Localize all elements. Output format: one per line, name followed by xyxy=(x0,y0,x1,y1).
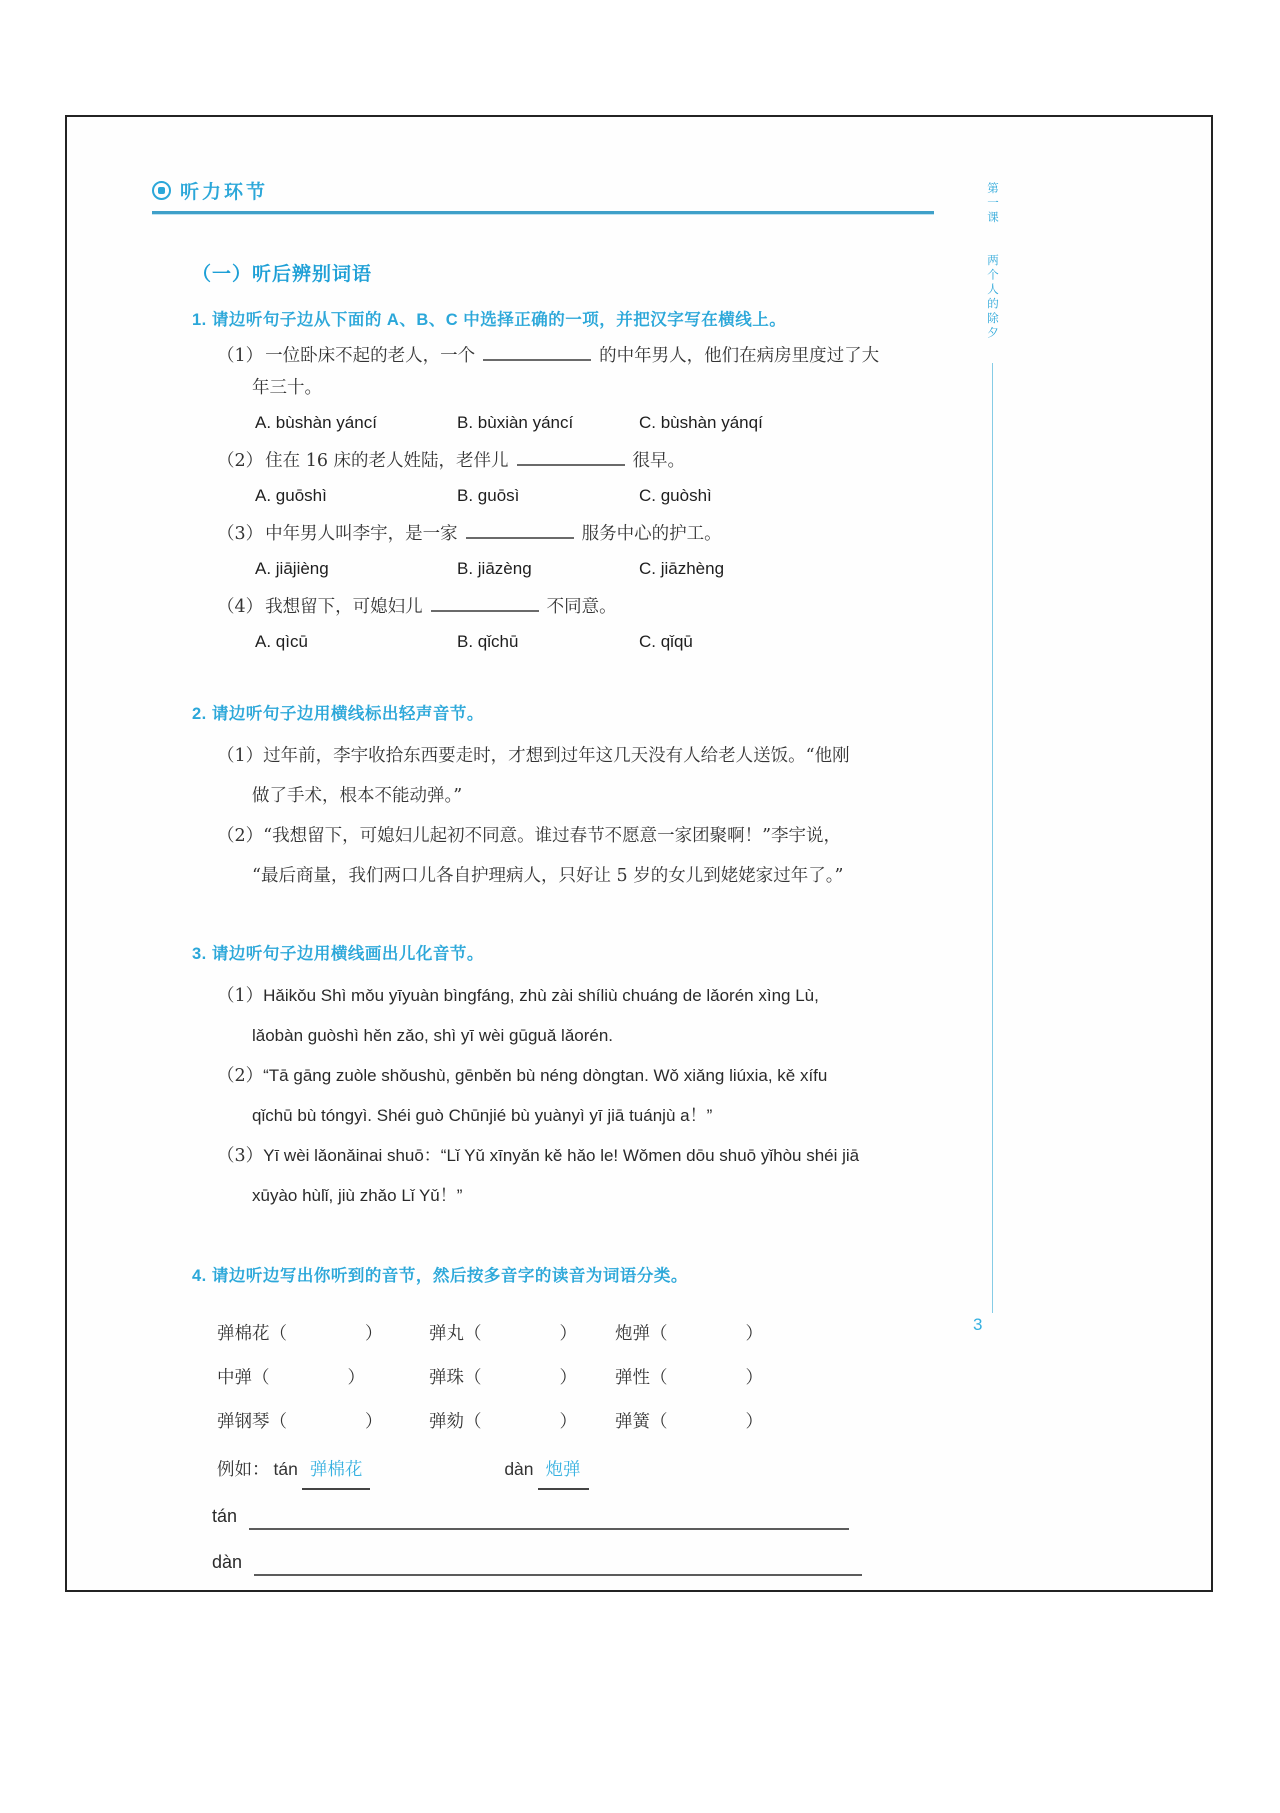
q3-instruction: 3. 请边听句子边用横线画出儿化音节。 xyxy=(192,940,1032,964)
tan-category: tán xyxy=(212,1496,1032,1536)
word-grid: 弹棉花（） 弹丸（） 炮弹（） 中弹（） 弹珠（） 弹性（） 弹钢琴（） 弹劾（… xyxy=(217,1312,1032,1444)
word-cell: 弹劾（） xyxy=(429,1400,615,1444)
q1-item: （3）中年男人叫李宇，是一家服务中心的护工。 A. jiājièng B. ji… xyxy=(192,518,1032,585)
part-one-title: （一）听后辨别词语 xyxy=(192,259,1032,286)
listening-icon xyxy=(152,181,171,200)
lesson-name: 两个人的除夕 xyxy=(985,254,999,341)
paren-close: ） xyxy=(560,1356,578,1400)
q1-instruction: 1. 请边听句子边从下面的 A、B、C 中选择正确的一项，并把汉字写在横线上。 xyxy=(192,306,1032,330)
item-text: 年三十。 xyxy=(217,372,1032,404)
pinyin-line: Hǎikǒu Shì mǒu yīyuàn bìngfáng, zhù zài … xyxy=(263,986,819,1005)
word-label: 弹性 xyxy=(615,1356,650,1400)
item-number: （3） xyxy=(217,524,263,544)
option-b: B. jiāzèng xyxy=(457,553,639,585)
tan-answer-line[interactable] xyxy=(249,1528,849,1530)
option-b: B. qǐchū xyxy=(457,626,639,658)
option-c: C. qǐqū xyxy=(639,626,693,658)
item-number: （4） xyxy=(217,597,263,617)
example-answer-tan: 弹棉花 xyxy=(302,1453,371,1490)
item-number: （2） xyxy=(217,826,263,846)
word-label: 弹珠 xyxy=(429,1356,464,1400)
word-cell: 弹簧（） xyxy=(615,1400,801,1444)
item-text: 我想留下，可媳妇儿 xyxy=(265,597,423,617)
option-c: C. guòshì xyxy=(639,480,712,512)
word-label: 中弹 xyxy=(217,1356,252,1400)
paren-open: （ xyxy=(464,1356,482,1400)
item-number: （2） xyxy=(217,1066,263,1086)
paren-open: （ xyxy=(650,1400,668,1444)
item-number: （1） xyxy=(217,346,263,366)
option-a: A. guōshì xyxy=(255,480,457,512)
pinyin-item: （1）Hǎikǒu Shì mǒu yīyuàn bìngfáng, zhù z… xyxy=(217,976,1032,1056)
word-label: 弹劾 xyxy=(429,1400,464,1444)
item-text: 中年男人叫李宇，是一家 xyxy=(265,524,458,544)
answer-blank[interactable] xyxy=(483,345,591,361)
item-text: 一位卧床不起的老人，一个 xyxy=(265,346,475,366)
option-b: B. bùxiàn yáncí xyxy=(457,407,639,439)
paren-close: ） xyxy=(560,1312,578,1356)
word-cell: 弹棉花（） xyxy=(217,1312,429,1356)
item-text: 很早。 xyxy=(633,451,686,471)
paren-open: （ xyxy=(270,1400,288,1444)
sentence-line: 做了手术，根本不能动弹。” xyxy=(217,776,1032,816)
item-number: （3） xyxy=(217,1146,263,1166)
pinyin-line: qǐchū bù tóngyì. Shéi guò Chūnjié bù yuà… xyxy=(217,1096,1032,1136)
word-cell: 炮弹（） xyxy=(615,1312,801,1356)
paren-close: ） xyxy=(746,1312,764,1356)
paren-open: （ xyxy=(252,1356,270,1400)
item-text: 住在 16 床的老人姓陆，老伴儿 xyxy=(265,451,508,471)
word-cell: 中弹（） xyxy=(217,1356,429,1400)
tan-category-label: tán xyxy=(212,1496,237,1536)
sentence-line: “最后商量，我们两口儿各自护理病人，只好让 5 岁的女儿到姥姥家过年了。” xyxy=(217,856,1032,896)
pinyin-line: “Tā gāng zuòle shǒushù, gēnběn bù néng d… xyxy=(263,1066,827,1085)
paren-close: ） xyxy=(365,1400,383,1444)
q1-items: （1）一位卧床不起的老人，一个的中年男人，他们在病房里度过了大 年三十。 A. … xyxy=(192,340,1032,658)
word-grid-row: 弹钢琴（） 弹劾（） 弹簧（） xyxy=(217,1400,1032,1444)
pinyin-line: xūyào hùlǐ, jiù zhǎo Lǐ Yǔ！” xyxy=(217,1176,1032,1216)
word-grid-row: 中弹（） 弹珠（） 弹性（） xyxy=(217,1356,1032,1400)
paren-close: ） xyxy=(560,1400,578,1444)
item-number: （1） xyxy=(217,746,263,766)
paren-close: ） xyxy=(348,1356,366,1400)
q2-instruction: 2. 请边听句子边用横线标出轻声音节。 xyxy=(192,700,1032,724)
answer-blank[interactable] xyxy=(431,596,539,612)
paren-open: （ xyxy=(464,1400,482,1444)
pinyin-line: Yī wèi lǎonǎinai shuō：“Lǐ Yǔ xīnyǎn kě h… xyxy=(263,1146,859,1165)
sentence-item: （1）过年前，李宇收拾东西要走时，才想到过年这几天没有人给老人送饭。“他刚 做了… xyxy=(217,736,1032,816)
item-text: 的中年男人，他们在病房里度过了大 xyxy=(599,346,879,366)
page-number: 3 xyxy=(973,1315,982,1335)
paren-open: （ xyxy=(464,1312,482,1356)
option-a: A. jiājièng xyxy=(255,553,457,585)
sentence-item: （2）“我想留下，可媳妇儿起初不同意。谁过春节不愿意一家团聚啊！”李宇说， “最… xyxy=(217,816,1032,896)
q1-item: （4）我想留下，可媳妇儿不同意。 A. qìcū B. qǐchū C. qǐq… xyxy=(192,591,1032,658)
pinyin-item: （3）Yī wèi lǎonǎinai shuō：“Lǐ Yǔ xīnyǎn k… xyxy=(217,1136,1032,1216)
lesson-tab: 第一课 两个人的除夕 xyxy=(985,182,999,341)
paren-open: （ xyxy=(650,1312,668,1356)
answer-blank[interactable] xyxy=(466,523,574,539)
example-pinyin-tan: tán xyxy=(274,1452,298,1486)
q4-instruction: 4. 请边听边写出你听到的音节，然后按多音字的读音为词语分类。 xyxy=(192,1262,1032,1286)
word-label: 弹丸 xyxy=(429,1312,464,1356)
paren-open: （ xyxy=(650,1356,668,1400)
header-divider xyxy=(152,211,934,215)
item-text: 不同意。 xyxy=(547,597,617,617)
sentence-line: “我想留下，可媳妇儿起初不同意。谁过春节不愿意一家团聚啊！”李宇说， xyxy=(263,826,841,846)
pinyin-item: （2）“Tā gāng zuòle shǒushù, gēnběn bù nén… xyxy=(217,1056,1032,1136)
paren-close: ） xyxy=(365,1312,383,1356)
word-label: 弹棉花 xyxy=(217,1312,270,1356)
lesson-number: 第一课 xyxy=(986,182,998,226)
sentence-line: 过年前，李宇收拾东西要走时，才想到过年这几天没有人给老人送饭。“他刚 xyxy=(263,746,849,766)
paren-close: ） xyxy=(746,1400,764,1444)
q3-items: （1）Hǎikǒu Shì mǒu yīyuàn bìngfáng, zhù z… xyxy=(192,976,1032,1216)
pinyin-line: lǎobàn guòshì hěn zǎo, shì yī wèi gūguǎ … xyxy=(217,1016,1032,1056)
dan-category: dàn xyxy=(212,1542,1032,1582)
paren-open: （ xyxy=(270,1312,288,1356)
word-grid-row: 弹棉花（） 弹丸（） 炮弹（） xyxy=(217,1312,1032,1356)
option-c: C. jiāzhèng xyxy=(639,553,724,585)
item-number: （2） xyxy=(217,451,263,471)
q2-items: （1）过年前，李宇收拾东西要走时，才想到过年这几天没有人给老人送饭。“他刚 做了… xyxy=(192,736,1032,896)
word-label: 弹钢琴 xyxy=(217,1400,270,1444)
example-label: 例如： xyxy=(217,1453,270,1487)
section-header-title: 听力环节 xyxy=(180,177,268,204)
example-pinyin-dan: dàn xyxy=(504,1452,533,1486)
paren-close: ） xyxy=(746,1356,764,1400)
word-label: 炮弹 xyxy=(615,1312,650,1356)
word-cell: 弹珠（） xyxy=(429,1356,615,1400)
answer-blank[interactable] xyxy=(517,450,625,466)
option-c: C. bùshàn yánqí xyxy=(639,407,763,439)
example-line: 例如： tán 弹棉花 dàn 炮弹 xyxy=(217,1452,1032,1490)
option-a: A. qìcū xyxy=(255,626,457,658)
item-text: 服务中心的护工。 xyxy=(582,524,722,544)
word-cell: 弹性（） xyxy=(615,1356,801,1400)
q1-item: （1）一位卧床不起的老人，一个的中年男人，他们在病房里度过了大 年三十。 A. … xyxy=(192,340,1032,439)
workbook-page: 听力环节 （一）听后辨别词语 1. 请边听句子边从下面的 A、B、C 中选择正确… xyxy=(65,115,1213,1592)
option-b: B. guōsì xyxy=(457,480,639,512)
section-header: 听力环节 xyxy=(67,117,1211,204)
option-a: A. bùshàn yáncí xyxy=(255,407,457,439)
word-cell: 弹丸（） xyxy=(429,1312,615,1356)
dan-category-label: dàn xyxy=(212,1542,242,1582)
example-answer-dan: 炮弹 xyxy=(538,1453,589,1490)
sidebar-divider-line xyxy=(992,363,993,1313)
dan-answer-line[interactable] xyxy=(254,1574,862,1576)
q1-item: （2）住在 16 床的老人姓陆，老伴儿很早。 A. guōshì B. guōs… xyxy=(192,445,1032,512)
item-number: （1） xyxy=(217,986,263,1006)
word-cell: 弹钢琴（） xyxy=(217,1400,429,1444)
word-label: 弹簧 xyxy=(615,1400,650,1444)
